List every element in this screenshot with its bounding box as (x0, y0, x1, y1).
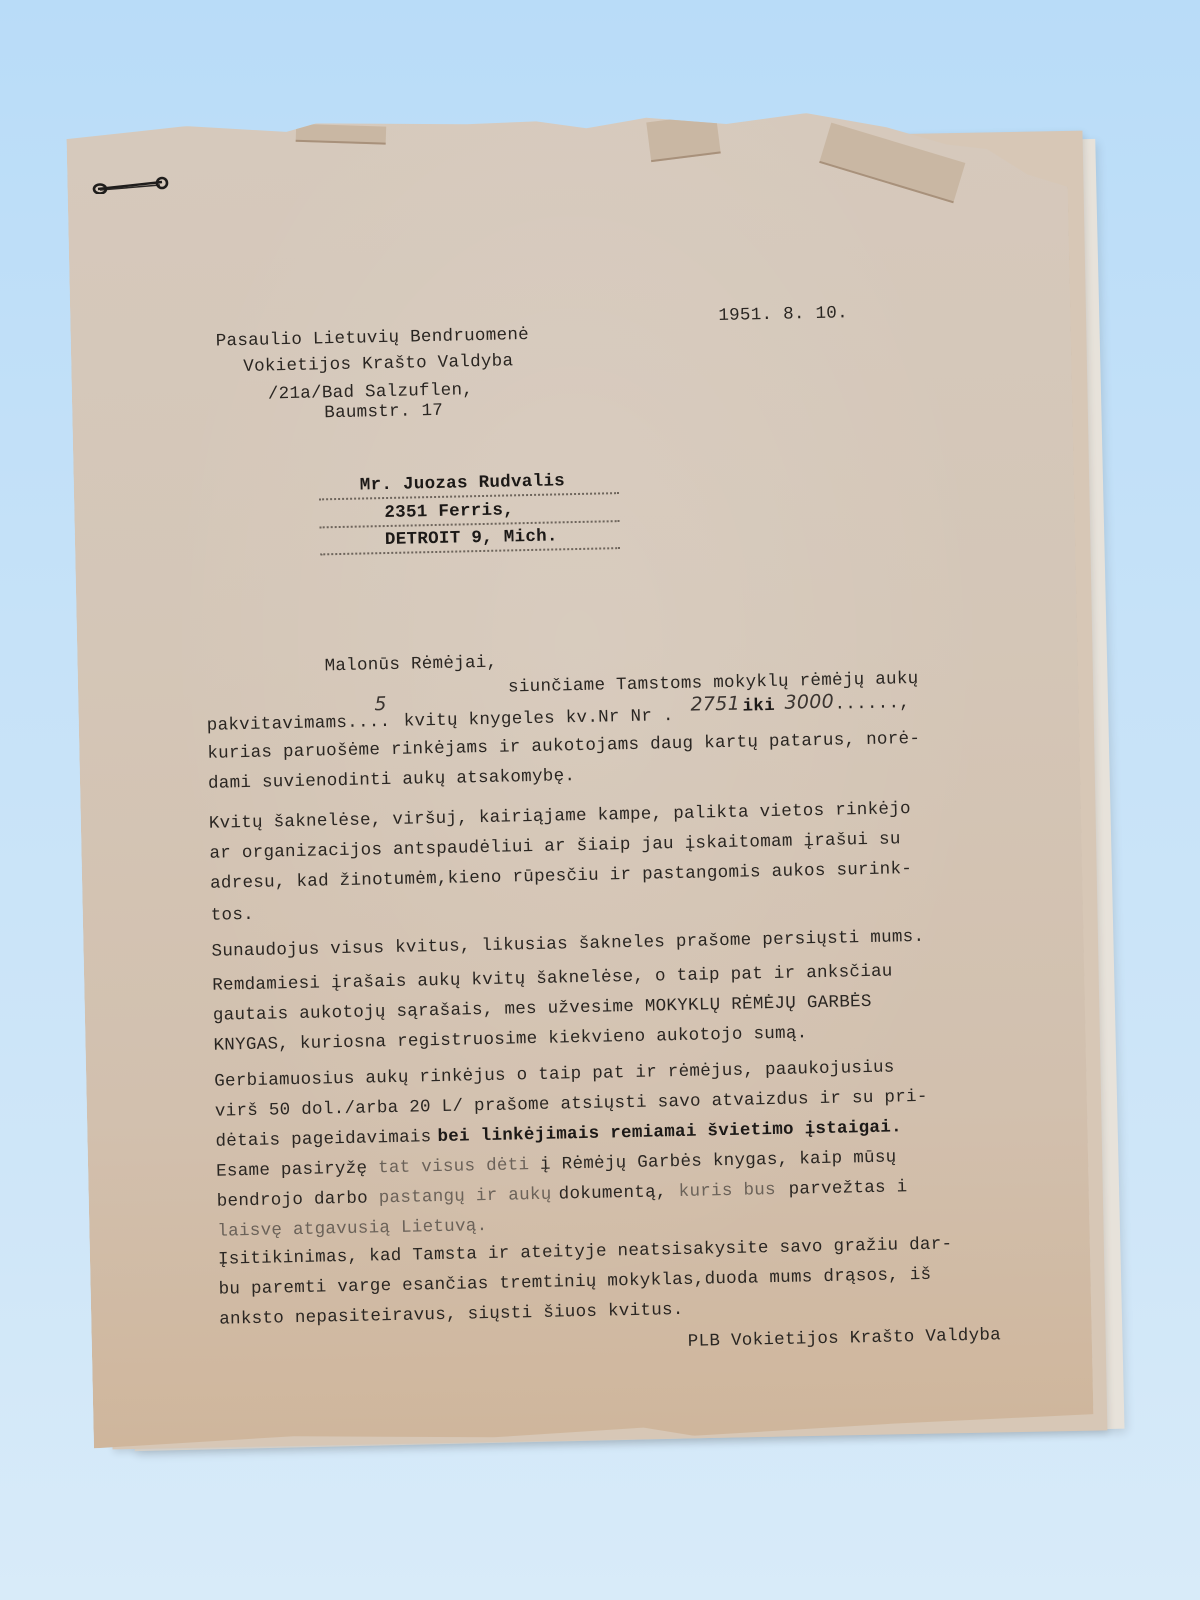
body-line: į Rėmėjų Garbės knygas, kaip mūsų (540, 1149, 897, 1174)
body-line: Remdamiesi įrašais aukų kvitų šaknelėse,… (212, 963, 893, 995)
body-line: dokumentą, (559, 1184, 667, 1204)
body-line: iki (742, 698, 775, 716)
recipient-street: 2351 Ferris, (384, 502, 514, 522)
letter-date: 1951. 8. 10. (718, 305, 848, 325)
body-line: tos. (211, 907, 255, 925)
body-line: Esame pasiryžę (216, 1161, 368, 1182)
body-line: Kvitų šaknelėse, viršuj, kairiąjame kamp… (209, 801, 911, 833)
salutation: Malonūs Rėmėjai, (324, 655, 497, 676)
body-line: ar organizacijos antspaudėliui ar šiaip … (209, 831, 901, 863)
body-line-overstrike: bei linkėjimais remiamai švietimo įstaig… (437, 1119, 902, 1146)
body-line: virš 50 dol./arba 20 L/ prašome atsiųsti… (215, 1089, 928, 1121)
body-line-faded: tat visus dėti (378, 1157, 530, 1178)
recipient-name: Mr. Juozas Rudvalis (360, 473, 566, 495)
body-line: bendrojo darbo (217, 1191, 369, 1212)
body-line: Įsitikinimas, kad Tamsta ir ateityje nea… (218, 1236, 953, 1269)
body-line-faded: kuris bus (679, 1182, 777, 1202)
body-line: Gerbiamuosius aukų rinkėjus o taip pat i… (214, 1059, 895, 1091)
handwritten-count: 5 (374, 695, 387, 714)
letter-content: 1951. 8. 10. Pasaulio Lietuvių Bendruome… (66, 108, 1093, 1449)
address-line (320, 520, 620, 528)
handwritten-range-from: 2751 (690, 695, 740, 715)
body-line: adresu, kad žinotumėm,kieno rūpesčiu ir … (210, 861, 912, 893)
body-line: bu paremti varge esančias tremtinių moky… (218, 1267, 931, 1299)
body-line: pakvitavimams.... (207, 714, 391, 735)
safety-pin-icon (92, 176, 170, 194)
body-line: dėtais pageidavimais (215, 1129, 431, 1151)
sender-street: Baumstr. 17 (324, 403, 443, 423)
body-line-faded: pastangų ir aukų (379, 1187, 552, 1208)
body-line: dami suvienodinti aukų atsakomybę. (208, 768, 576, 793)
torn-edge-flap (296, 124, 387, 145)
body-line: Sunaudojus visus kvitus, likusias šaknel… (211, 929, 924, 961)
body-line: kvitų knygeles kv.Nr Nr . (404, 708, 674, 731)
body-line: gautais aukotojų sąrašais, mes užvesime … (213, 994, 872, 1025)
body-line: KNYGAS, kuriosna registruosime kiekvieno… (213, 1025, 807, 1055)
body-line: parvežtas i (789, 1179, 908, 1199)
body-line: ......, (834, 695, 910, 714)
body-line: anksto nepasiteiravus, siųsti šiuos kvit… (219, 1302, 684, 1329)
sender-organization: Pasaulio Lietuvių Bendruomenė (216, 327, 530, 351)
body-line: kurias paruošėme rinkėjams ir aukotojams… (207, 731, 920, 763)
signature-line: PLB Vokietijos Krašto Valdyba (688, 1327, 1002, 1351)
body-line-faded: laisvę atgavusią Lietuvą. (217, 1218, 487, 1241)
handwritten-range-to: 3000 (784, 693, 834, 713)
torn-edge-flap (646, 114, 720, 162)
recipient-city: DETROIT 9, Mich. (385, 528, 558, 549)
letter-page: 1951. 8. 10. Pasaulio Lietuvių Bendruome… (66, 108, 1093, 1449)
address-line (320, 547, 620, 555)
sender-department: Vokietijos Krašto Valdyba (243, 353, 513, 376)
